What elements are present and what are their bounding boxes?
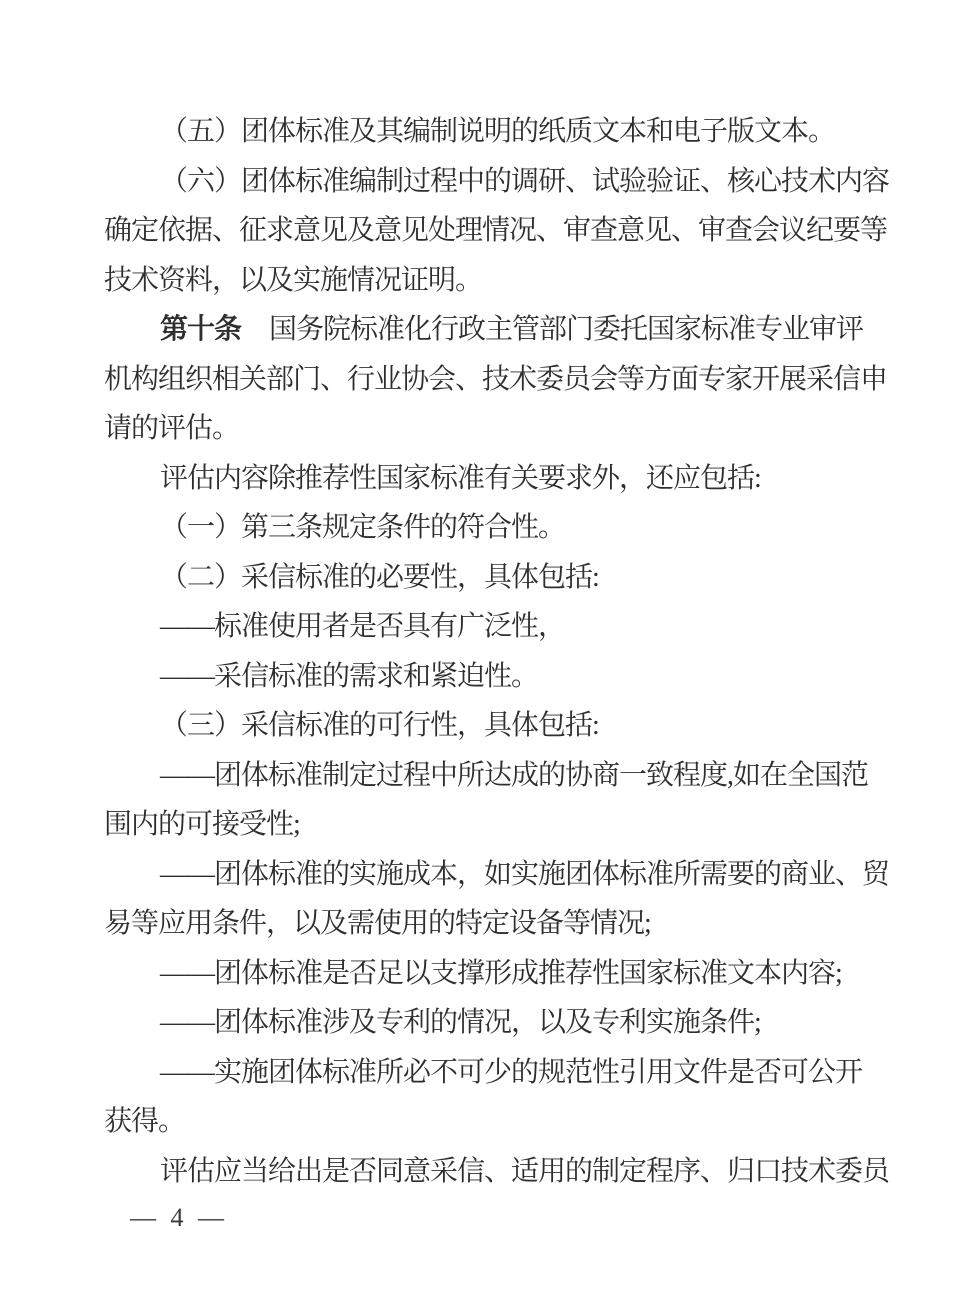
paragraph-line: 请的评估。 [104, 404, 884, 454]
article-number: 第十条 [160, 314, 241, 345]
paragraph-line: 围内的可接受性; [104, 800, 884, 850]
paragraph-line: 评估内容除推荐性国家标准有关要求外，还应包括: [104, 454, 884, 504]
document-body: （五）团体标准及其编制说明的纸质文本和电子版文本。 （六）团体标准编制过程中的调… [104, 107, 884, 1196]
list-item-line: （一）第三条规定条件的符合性。 [104, 503, 884, 553]
page-number: — 4 — [130, 1198, 228, 1238]
dash-item-line: ——团体标准涉及专利的情况，以及专利实施条件; [104, 998, 884, 1048]
dash-item-line: ——团体标准是否足以支撑形成推荐性国家标准文本内容; [104, 949, 884, 999]
scanned-document-page: （五）团体标准及其编制说明的纸质文本和电子版文本。 （六）团体标准编制过程中的调… [0, 0, 979, 1316]
dash-item-line: ——团体标准的实施成本，如实施团体标准所需要的商业、贸 [104, 850, 884, 900]
list-item-line: （二）采信标准的必要性，具体包括: [104, 553, 884, 603]
dash-item-line: ——采信标准的需求和紧迫性。 [104, 652, 884, 702]
paragraph-line: 确定依据、征求意见及意见处理情况、审查意见、审查会议纪要等 [104, 206, 884, 256]
paragraph-line: 评估应当给出是否同意采信、适用的制定程序、归口技术委员 [104, 1147, 884, 1197]
article-heading-text: 国务院标准化行政主管部门委托国家标准专业审评 [269, 314, 863, 345]
paragraph-line: （五）团体标准及其编制说明的纸质文本和电子版文本。 [104, 107, 884, 157]
paragraph-line: 获得。 [104, 1097, 884, 1147]
list-item-line: （三）采信标准的可行性，具体包括: [104, 701, 884, 751]
paragraph-line: 技术资料，以及实施情况证明。 [104, 256, 884, 306]
paragraph-line: 机构组织相关部门、行业协会、技术委员会等方面专家开展采信申 [104, 355, 884, 405]
article-heading-line: 第十条国务院标准化行政主管部门委托国家标准专业审评 [104, 305, 884, 355]
dash-item-line: ——团体标准制定过程中所达成的协商一致程度,如在全国范 [104, 751, 884, 801]
dash-item-line: ——实施团体标准所必不可少的规范性引用文件是否可公开 [104, 1048, 884, 1098]
paragraph-line: （六）团体标准编制过程中的调研、试验验证、核心技术内容 [104, 157, 884, 207]
paragraph-line: 易等应用条件，以及需使用的特定设备等情况; [104, 899, 884, 949]
dash-item-line: ——标准使用者是否具有广泛性， [104, 602, 884, 652]
